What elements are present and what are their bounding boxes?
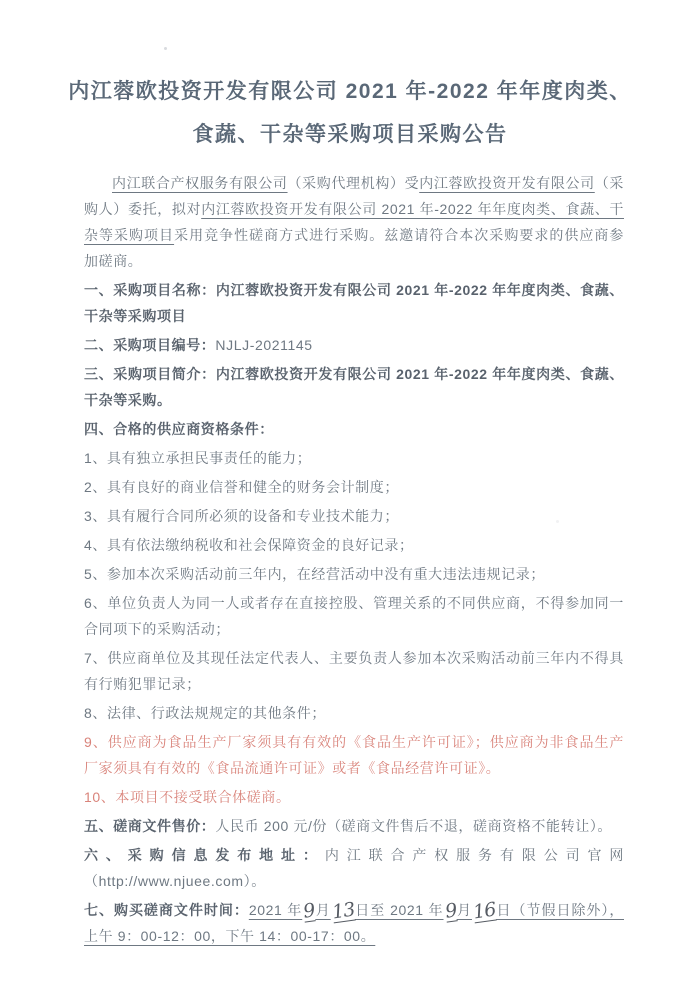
text-segment: 6、单位负责人为同一人或者存在直接控股、管理关系的不同供应商，不得参加同一合同项… xyxy=(84,595,624,637)
qualification-item: 6、单位负责人为同一人或者存在直接控股、管理关系的不同供应商，不得参加同一合同项… xyxy=(84,590,624,642)
text-segment: 3、具有履行合同所必须的设备和专业技术能力； xyxy=(84,508,399,524)
text-segment: 8、法律、行政法规规定的其他条件； xyxy=(84,705,326,721)
text-segment: 2021 年 xyxy=(249,902,302,918)
text-segment: NJLJ-2021145 xyxy=(215,337,312,353)
text-segment: 日至 2021 年 xyxy=(355,902,444,918)
scan-speck xyxy=(556,520,559,523)
section-project-brief: 三、采购项目简介：内江蓉欧投资开发有限公司 2021 年-2022 年年度肉类、… xyxy=(84,361,624,413)
handwritten-date-digit: 13 xyxy=(330,900,357,922)
handwritten-date-digit: 9 xyxy=(443,901,459,922)
title-line-1: 内江蓉欧投资开发有限公司 2021 年-2022 年年度肉类、 xyxy=(40,70,660,113)
section-project-number: 二、采购项目编号：NJLJ-2021145 xyxy=(84,332,624,358)
text-segment: 月 xyxy=(315,902,330,918)
section-doc-price: 五、磋商文件售价：人民币 200 元/份（磋商文件售后不退，磋商资格不能转让）。 xyxy=(84,813,624,839)
text-segment: 内江联合产权服务有限公司 xyxy=(112,175,288,191)
handwritten-date-digit: 9 xyxy=(301,901,317,922)
qualification-item: 10、本项目不接受联合体磋商。 xyxy=(84,784,624,810)
qualification-item: 4、具有依法缴纳税收和社会保障资金的良好记录； xyxy=(84,532,624,558)
text-segment: 1、具有独立承担民事责任的能力； xyxy=(84,450,311,466)
text-segment: 七、购买磋商文件时间： xyxy=(84,902,249,918)
document-title: 内江蓉欧投资开发有限公司 2021 年-2022 年年度肉类、 食蔬、干杂等采购… xyxy=(40,70,660,156)
section-qualifications-heading: 四、合格的供应商资格条件： xyxy=(84,416,624,442)
qualification-item: 2、具有良好的商业信誉和健全的财务会计制度； xyxy=(84,474,624,500)
text-segment: 人民币 200 元/份（磋商文件售后不退，磋商资格不能转让）。 xyxy=(215,818,612,834)
intro-paragraph: 内江联合产权服务有限公司（采购代理机构）受内江蓉欧投资开发有限公司（采购人）委托… xyxy=(84,170,624,274)
handwritten-date-digit: 16 xyxy=(471,900,498,922)
section-purchase-time: 七、购买磋商文件时间：2021 年9月13日至 2021 年9月16日（节假日除… xyxy=(84,897,624,949)
text-segment: 五、磋商文件售价： xyxy=(84,818,215,834)
qualification-item: 9、供应商为食品生产厂家须具有有效的《食品生产许可证》；供应商为非食品生产厂家须… xyxy=(84,729,624,781)
text-segment: 内江蓉欧投资开发有限公司 xyxy=(419,175,595,191)
text-segment: 二、采购项目编号： xyxy=(84,337,215,353)
qualification-items: 1、具有独立承担民事责任的能力；2、具有良好的商业信誉和健全的财务会计制度；3、… xyxy=(84,445,624,810)
text-segment: 六、采购信息发布地址： xyxy=(84,847,325,863)
text-segment: 2、具有良好的商业信誉和健全的财务会计制度； xyxy=(84,479,399,495)
text-segment: 4、具有依法缴纳税收和社会保障资金的良好记录； xyxy=(84,537,414,553)
scan-speck xyxy=(372,509,376,512)
qualification-item: 7、供应商单位及其现任法定代表人、主要负责人参加本次采购活动前三年内不得具有行贿… xyxy=(84,645,624,697)
scan-speck xyxy=(164,47,167,50)
qualification-item: 1、具有独立承担民事责任的能力； xyxy=(84,445,624,471)
text-segment: 月 xyxy=(457,902,472,918)
title-line-2: 食蔬、干杂等采购项目采购公告 xyxy=(40,113,660,156)
qualification-item: 5、参加本次采购活动前三年内，在经营活动中没有重大违法违规记录； xyxy=(84,561,624,587)
text-segment: 四、合格的供应商资格条件： xyxy=(84,421,274,437)
text-segment: 5、参加本次采购活动前三年内，在经营活动中没有重大违法违规记录； xyxy=(84,566,545,582)
text-segment: 9、供应商为食品生产厂家须具有有效的《食品生产许可证》；供应商为非食品生产厂家须… xyxy=(84,734,624,776)
document-body: 内江联合产权服务有限公司（采购代理机构）受内江蓉欧投资开发有限公司（采购人）委托… xyxy=(84,170,624,949)
text-segment: 7、供应商单位及其现任法定代表人、主要负责人参加本次采购活动前三年内不得具有行贿… xyxy=(84,650,624,692)
section-info-address: 六、采购信息发布地址：内江联合产权服务有限公司官网（http://www.nju… xyxy=(84,842,624,894)
text-segment: 10、本项目不接受联合体磋商。 xyxy=(84,789,291,805)
qualification-item: 3、具有履行合同所必须的设备和专业技术能力； xyxy=(84,503,624,529)
text-segment: 一、采购项目名称：内江蓉欧投资开发有限公司 2021 年-2022 年年度肉类、… xyxy=(84,282,624,324)
text-segment: （采购代理机构）受 xyxy=(288,175,420,191)
qualification-item: 8、法律、行政法规规定的其他条件； xyxy=(84,700,624,726)
text-segment: 三、采购项目简介：内江蓉欧投资开发有限公司 2021 年-2022 年年度肉类、… xyxy=(84,366,624,408)
section-project-name: 一、采购项目名称：内江蓉欧投资开发有限公司 2021 年-2022 年年度肉类、… xyxy=(84,277,624,329)
document-page: 内江蓉欧投资开发有限公司 2021 年-2022 年年度肉类、 食蔬、干杂等采购… xyxy=(0,0,700,989)
